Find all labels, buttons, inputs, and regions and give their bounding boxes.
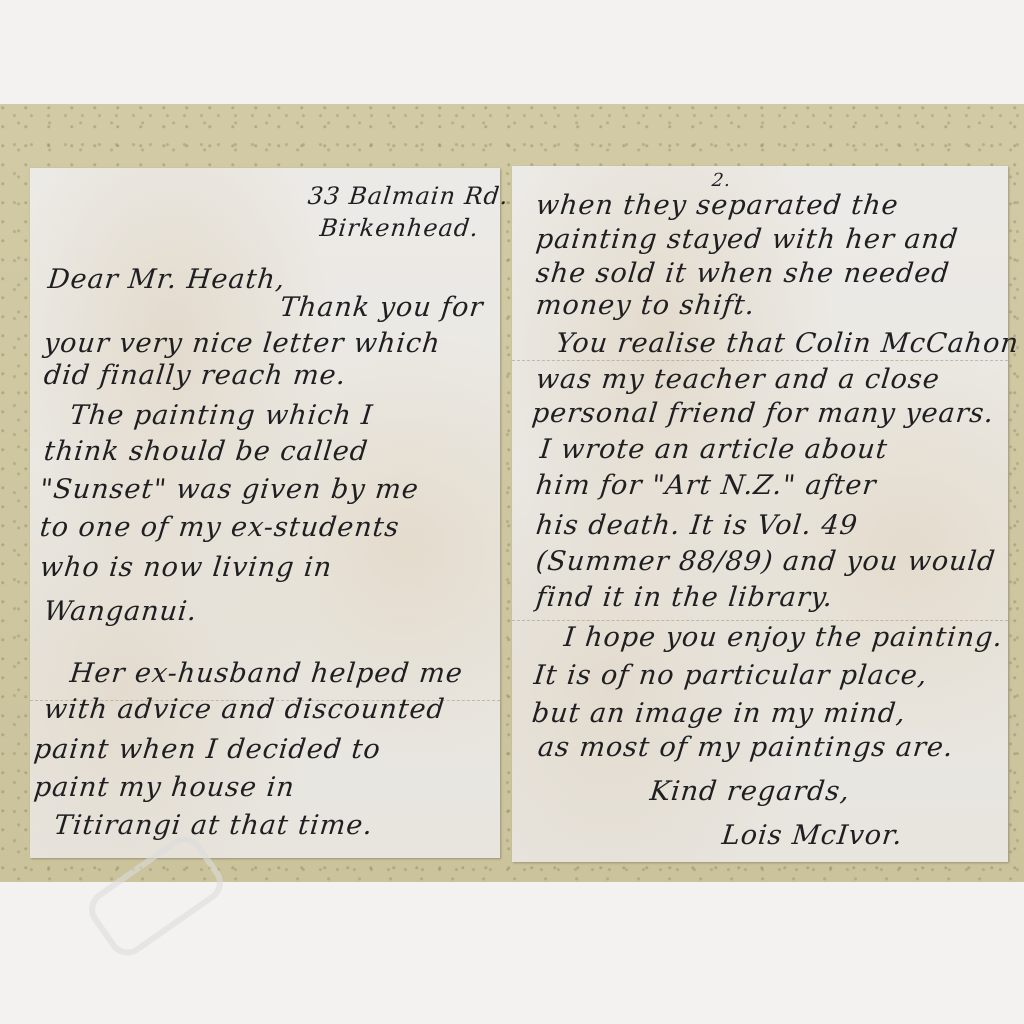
- letter-line: paint when I decided to: [32, 734, 382, 765]
- closing: Kind regards,: [648, 776, 851, 807]
- letter-line: she sold it when she needed: [534, 258, 951, 289]
- letter-line: You realise that Colin McCahon: [554, 328, 1020, 359]
- letter-line: to one of my ex-students: [38, 512, 401, 543]
- letter-line: find it in the library.: [534, 582, 834, 613]
- letter-line: with advice and discounted: [42, 694, 446, 725]
- letter-line: when they separated the: [534, 190, 900, 221]
- address-line-2: Birkenhead.: [319, 214, 481, 242]
- letter-line: paint my house in: [32, 772, 296, 803]
- letter-page-2: 2. when they separated the painting stay…: [512, 166, 1008, 862]
- letter-line: money to shift.: [534, 290, 756, 321]
- letter-line: Wanganui.: [42, 596, 199, 627]
- letter-line: Thank you for: [278, 292, 485, 323]
- letter-line: was my teacher and a close: [534, 364, 941, 395]
- letter-line: I hope you enjoy the painting.: [562, 622, 1004, 653]
- address-line-1: 33 Balmain Rd.: [307, 182, 511, 210]
- letter-line: "Sunset" was given by me: [38, 474, 420, 505]
- letter-line: It is of no particular place,: [532, 660, 929, 691]
- letter-page-1: 33 Balmain Rd. Birkenhead. Dear Mr. Heat…: [30, 168, 500, 858]
- letter-line: him for "Art N.Z." after: [534, 470, 878, 501]
- signature: Lois McIvor.: [720, 820, 904, 851]
- letter-line: personal friend for many years.: [530, 398, 995, 429]
- letter-line: think should be called: [42, 436, 369, 467]
- letter-line: but an image in my mind,: [530, 698, 907, 729]
- letter-line: I wrote an article about: [538, 434, 889, 465]
- letter-line: your very nice letter which: [42, 328, 442, 359]
- letter-line: did finally reach me.: [42, 360, 348, 391]
- letter-line: (Summer 88/89) and you would: [534, 546, 997, 577]
- salutation: Dear Mr. Heath,: [46, 264, 287, 295]
- letter-line: his death. It is Vol. 49: [534, 510, 859, 541]
- letter-line: who is now living in: [38, 552, 333, 583]
- fold-line: [512, 360, 1008, 362]
- letter-line: Her ex-husband helped me: [68, 658, 464, 689]
- letter-line: painting stayed with her and: [534, 224, 960, 255]
- letter-line: Titirangi at that time.: [52, 810, 374, 841]
- letter-line: as most of my paintings are.: [536, 732, 955, 763]
- letter-line: The painting which I: [68, 400, 374, 431]
- page-number: 2.: [711, 170, 732, 191]
